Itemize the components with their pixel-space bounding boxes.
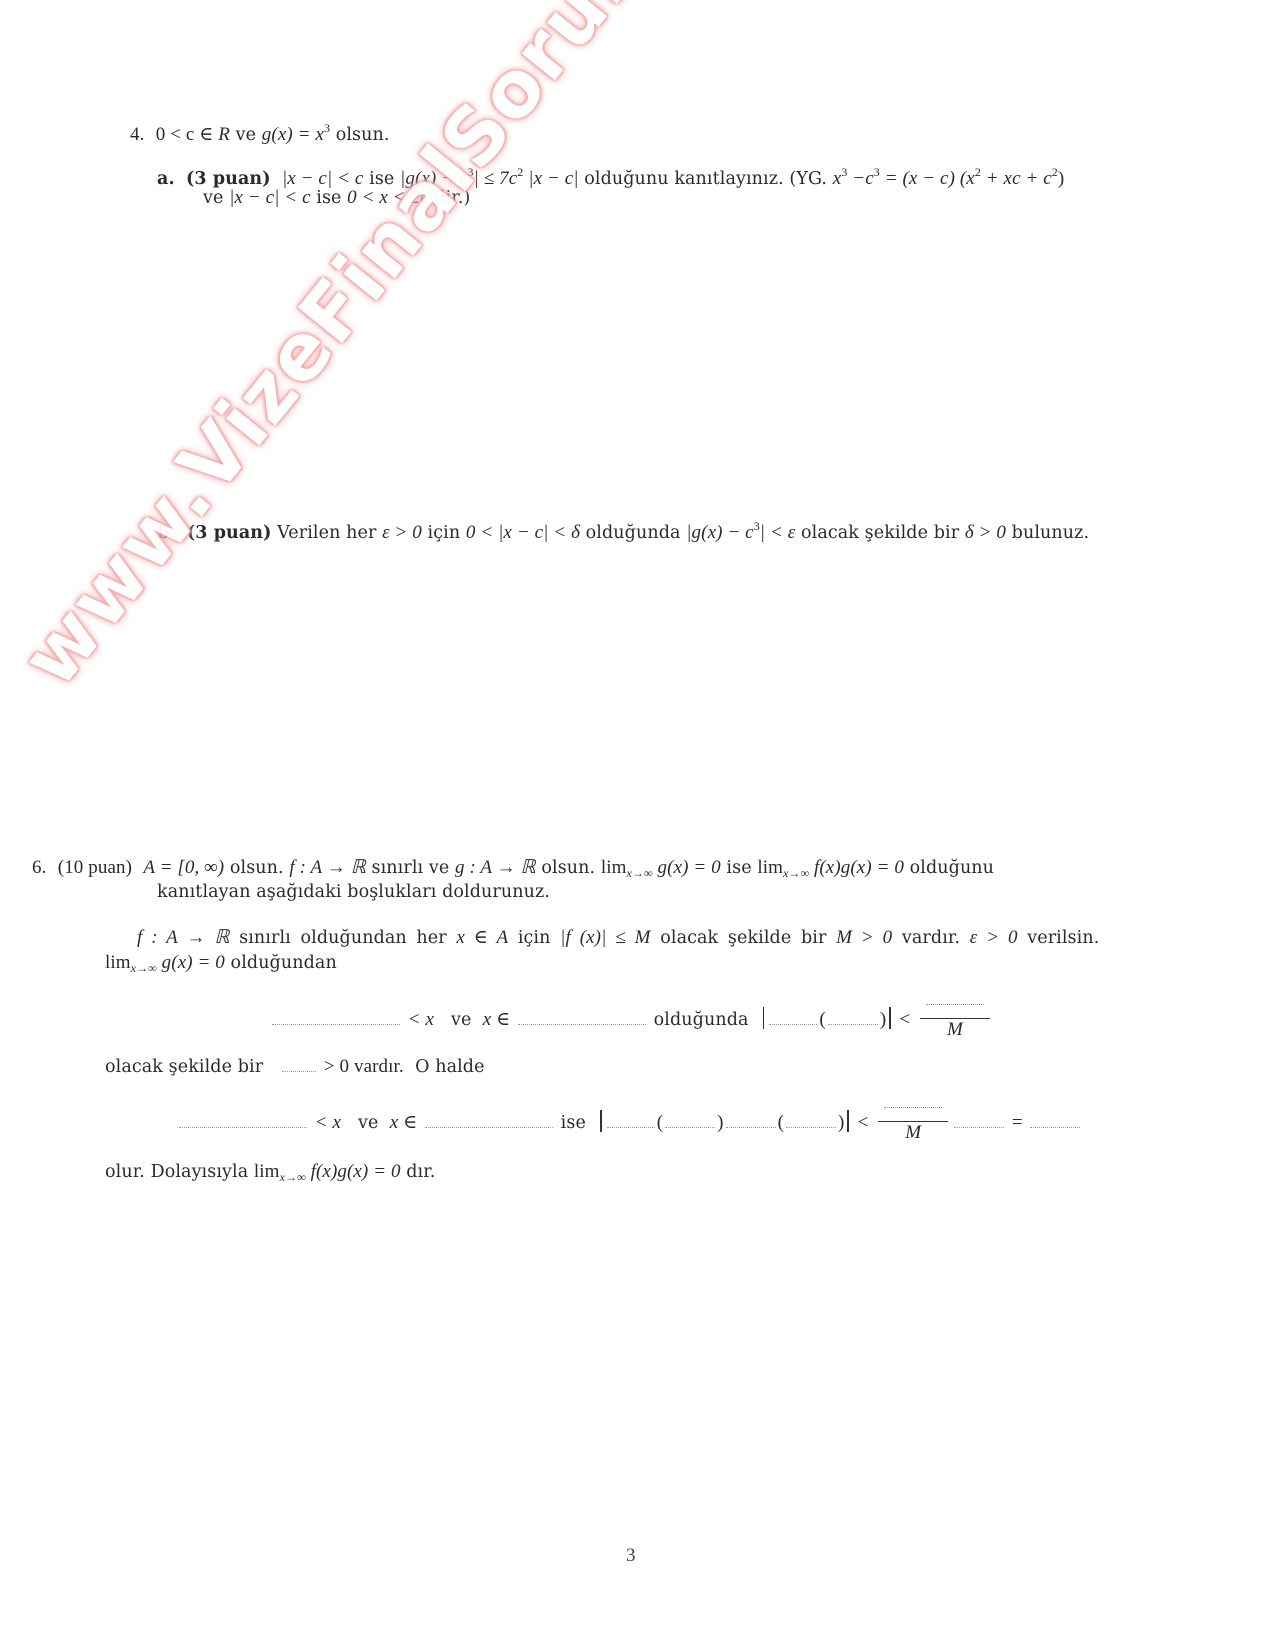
blank-field[interactable] xyxy=(926,994,984,1005)
part-label: b. xyxy=(157,523,176,543)
points-label: (3 puan) xyxy=(187,523,272,543)
blank-field[interactable] xyxy=(884,1097,942,1108)
blank-field[interactable] xyxy=(726,1113,776,1128)
abs-bar xyxy=(847,1110,849,1132)
abs-bar xyxy=(889,1007,891,1029)
problem-6-instruction: kanıtlayan aşağıdaki boşlukları doldurun… xyxy=(157,880,550,904)
proof-paragraph-line-2: limx→∞ g(x) = 0 olduğundan xyxy=(105,951,337,980)
blank-field[interactable] xyxy=(607,1113,655,1128)
proof-line-3: olacak şekilde bir > 0 vardır. O halde xyxy=(105,1055,485,1079)
blank-field[interactable] xyxy=(179,1113,307,1128)
blank-field[interactable] xyxy=(786,1113,836,1128)
problem-4-intro: 4. 0 < c ∈ R ve g(x) = x3 olsun. xyxy=(130,116,390,147)
proof-paragraph-line-1: f : A → ℝ sınırlı olduğundan her x ∈ A i… xyxy=(137,926,1099,950)
points-label: (10 puan) xyxy=(58,857,132,878)
watermark: www.VizeFinalSoruPaylasimi.com xyxy=(5,0,1038,703)
fraction: M xyxy=(878,1103,948,1144)
problem-4b: b. (3 puan) Verilen her ε > 0 için 0 < |… xyxy=(157,514,1089,545)
blank-field[interactable] xyxy=(282,1057,316,1072)
blank-field[interactable] xyxy=(954,1113,1004,1128)
problem-number: 4. xyxy=(130,124,144,145)
blank-field[interactable] xyxy=(1030,1113,1080,1128)
blank-field[interactable] xyxy=(425,1113,553,1128)
fill-in-line-2: < x ve x ∈ ise ()() < M = xyxy=(177,1103,1082,1144)
blank-field[interactable] xyxy=(272,1010,400,1025)
problem-number: 6. xyxy=(32,857,46,878)
page-number: 3 xyxy=(626,1545,636,1567)
abs-bar xyxy=(600,1110,602,1132)
abs-bar xyxy=(763,1007,765,1029)
proof-conclusion: olur. Dolayısıyla limx→∞ f(x)g(x) = 0 dı… xyxy=(105,1160,435,1189)
part-label: a. xyxy=(157,169,175,189)
fill-in-line-1: < x ve x ∈ olduğunda () < M xyxy=(270,1000,994,1041)
problem-4a-hint-cont: ve |x − c| < c ise 0 < x < 2c dir.) xyxy=(203,186,470,210)
blank-field[interactable] xyxy=(828,1010,878,1025)
blank-field[interactable] xyxy=(518,1010,646,1025)
blank-field[interactable] xyxy=(665,1113,715,1128)
blank-field[interactable] xyxy=(769,1010,817,1025)
exam-page: www.VizeFinalSoruPaylasimi.com 4. 0 < c … xyxy=(0,0,1275,1650)
fraction: M xyxy=(920,1000,990,1041)
